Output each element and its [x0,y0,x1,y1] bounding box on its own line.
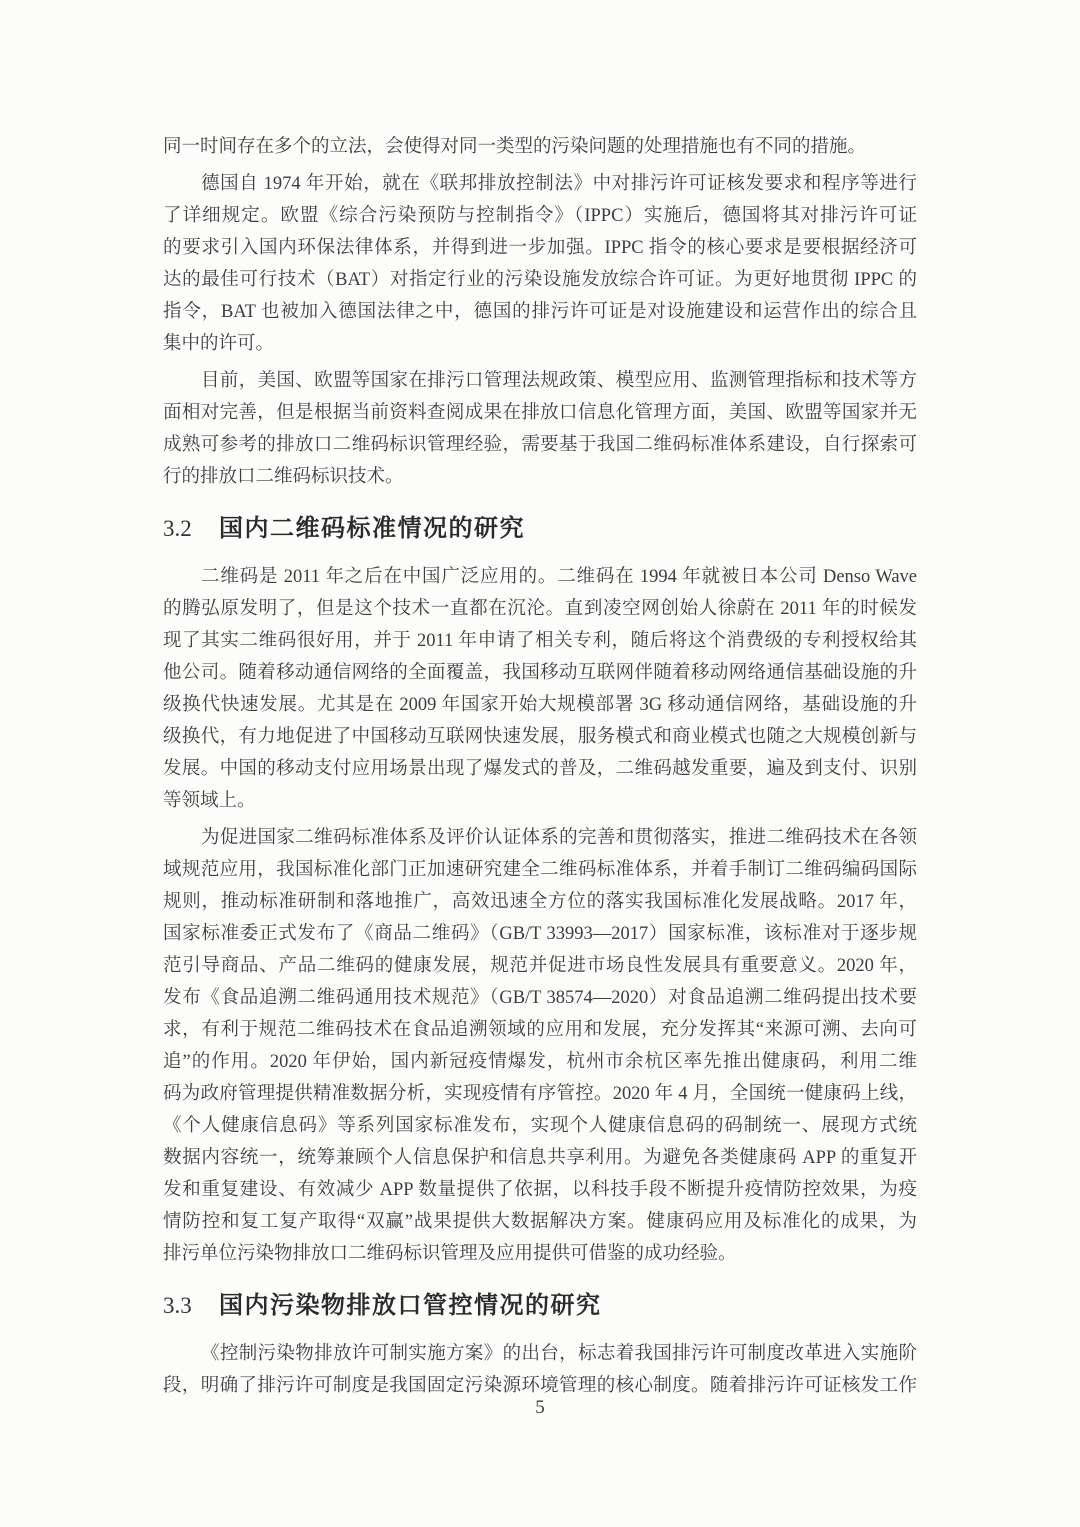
text-line: 发展。中国的移动支付应用场景出现了爆发式的普及，二维码越发重要，遍及到支付、识别 [163,753,917,785]
text-line: 范引导商品、产品二维码的健康发展，规范并促进市场良性发展具有重要意义。2020 … [163,950,917,982]
section-number: 3.2 [163,512,219,546]
text-line: 等领域上。 [163,785,917,817]
paragraph: 目前，美国、欧盟等国家在排污口管理法规政策、模型应用、监测管理指标和技术等方面相… [163,365,917,498]
paragraph: 同一时间存在多个的立法，会使得对同一类型的污染问题的处理措施也有不同的措施。 [163,131,917,168]
text-line: 行的排放口二维码标识技术。 [163,461,917,493]
text-line: 集中的许可。 [163,328,917,360]
section-title: 国内污染物排放口管控情况的研究 [219,1289,602,1323]
text-line: 国家标准委正式发布了《商品二维码》（GB/T 33993—2017）国家标准，该… [163,918,917,950]
text-line: 求，有利于规范二维码技术在食品追溯领域的应用和发展，充分发挥其“来源可溯、去向可 [163,1014,917,1046]
text-line: 级换代，有力地促进了中国移动互联网快速发展，服务模式和商业模式也随之大规模创新与 [163,721,917,753]
text-line: 的要求引入国内环保法律体系，并得到进一步加强。IPPC 指令的核心要求是要根据经… [163,232,917,264]
text-line: 同一时间存在多个的立法，会使得对同一类型的污染问题的处理措施也有不同的措施。 [163,131,917,163]
paragraph: 为促进国家二维码标准体系及评价认证体系的完善和贯彻落实，推进二维码技术在各领域规… [163,822,917,1275]
text-line: 现了其实二维码很好用，并于 2011 年申请了相关专利，随后将这个消费级的专利授… [163,625,917,657]
paragraph: 二维码是 2011 年之后在中国广泛应用的。二维码在 1994 年就被日本公司 … [163,561,917,822]
text-line: 追”的作用。2020 年伊始，国内新冠疫情爆发，杭州市余杭区率先推出健康码，利用… [163,1046,917,1078]
text-line: 《个人健康信息码》等系列国家标准发布，实现个人健康信息码的码制统一、展现方式统一… [163,1110,917,1142]
text-line: 了详细规定。欧盟《综合污染预防与控制指令》（IPPC）实施后，德国将其对排污许可… [163,200,917,232]
text-line: 他公司。随着移动通信网络的全面覆盖，我国移动互联网伴随着移动网络通信基础设施的升 [163,657,917,689]
section-heading: 3.3国内污染物排放口管控情况的研究 [163,1289,917,1323]
text-line: 数据内容统一，统筹兼顾个人信息保护和信息共享利用。为避免各类健康码 APP 的重… [163,1142,917,1174]
text-line: 目前，美国、欧盟等国家在排污口管理法规政策、模型应用、监测管理指标和技术等方 [163,365,917,397]
text-line: 发和重复建设、有效减少 APP 数量提供了依据，以科技手段不断提升疫情防控效果，… [163,1174,917,1206]
text-line: 成熟可参考的排放口二维码标识管理经验，需要基于我国二维码标准体系建设，自行探索可 [163,429,917,461]
text-line: 德国自 1974 年开始，就在《联邦排放控制法》中对排污许可证核发要求和程序等进… [163,168,917,200]
page-number: 5 [0,1394,1080,1422]
section-number: 3.3 [163,1289,219,1323]
document-body: 同一时间存在多个的立法，会使得对同一类型的污染问题的处理措施也有不同的措施。德国… [163,131,917,1407]
text-line: 情防控和复工复产取得“双赢”战果提供大数据解决方案。健康码应用及标准化的成果，为 [163,1206,917,1238]
paragraph: 德国自 1974 年开始，就在《联邦排放控制法》中对排污许可证核发要求和程序等进… [163,168,917,365]
text-line: 排污单位污染物排放口二维码标识管理及应用提供可借鉴的成功经验。 [163,1238,917,1270]
text-line: 《控制污染物排放许可制实施方案》的出台，标志着我国排污许可制度改革进入实施阶 [163,1338,917,1370]
document-page: 同一时间存在多个的立法，会使得对同一类型的污染问题的处理措施也有不同的措施。德国… [0,0,1080,1527]
text-line: 指令，BAT 也被加入德国法律之中，德国的排污许可证是对设施建设和运营作出的综合… [163,296,917,328]
text-line: 域规范应用，我国标准化部门正加速研究建全二维码标准体系，并着手制订二维码编码国际 [163,854,917,886]
text-line: 级换代快速发展。尤其是在 2009 年国家开始大规模部署 3G 移动通信网络，基… [163,689,917,721]
text-line: 规则，推动标准研制和落地推广，高效迅速全方位的落实我国标准化发展战略。2017 … [163,886,917,918]
text-line: 发布《食品追溯二维码通用技术规范》（GB/T 38574—2020）对食品追溯二… [163,982,917,1014]
section-title: 国内二维码标准情况的研究 [219,512,525,546]
text-line: 码为政府管理提供精准数据分析，实现疫情有序管控。2020 年 4 月，全国统一健… [163,1078,917,1110]
section-heading: 3.2国内二维码标准情况的研究 [163,512,917,546]
text-line: 面相对完善，但是根据当前资料查阅成果在排放口信息化管理方面，美国、欧盟等国家并无 [163,397,917,429]
text-line: 二维码是 2011 年之后在中国广泛应用的。二维码在 1994 年就被日本公司 … [163,561,917,593]
text-line: 为促进国家二维码标准体系及评价认证体系的完善和贯彻落实，推进二维码技术在各领 [163,822,917,854]
text-line: 的腾弘原发明了，但是这个技术一直都在沉沦。直到凌空网创始人徐蔚在 2011 年的… [163,593,917,625]
text-line: 达的最佳可行技术（BAT）对指定行业的污染设施发放综合许可证。为更好地贯彻 IP… [163,264,917,296]
